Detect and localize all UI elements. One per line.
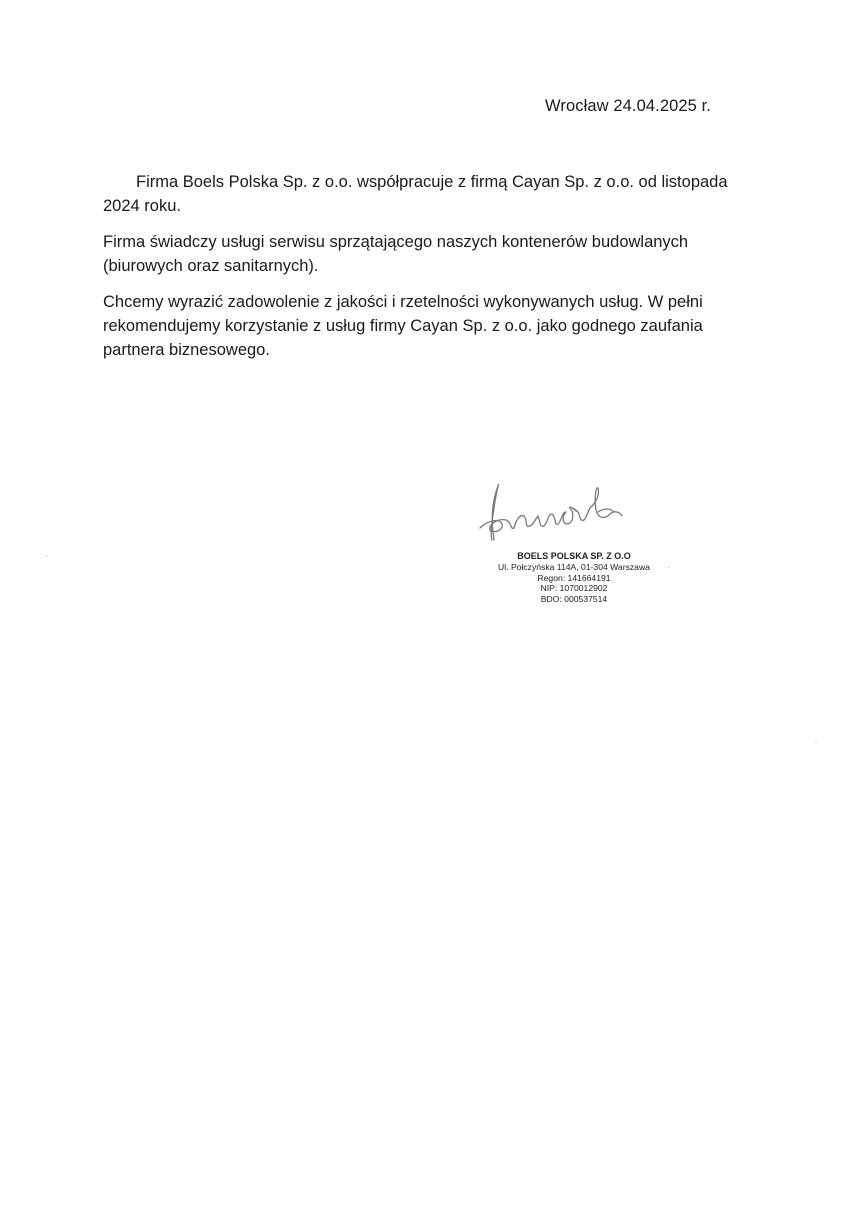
- paragraph-services: Firma świadczy usługi serwisu sprzątając…: [103, 230, 743, 278]
- scan-speck: [815, 742, 817, 743]
- paragraph-recommendation: Chcemy wyrazić zadowolenie z jakości i r…: [103, 290, 743, 362]
- stamp-company-name: BOELS POLSKA SP. Z O.O: [474, 551, 674, 562]
- scan-speck: [46, 556, 48, 557]
- paragraph-cooperation: Firma Boels Polska Sp. z o.o. współpracu…: [103, 170, 743, 218]
- stamp-nip: NIP: 1070012902: [474, 583, 674, 594]
- company-stamp: BOELS POLSKA SP. Z O.O Ul. Połczyńska 11…: [474, 551, 674, 605]
- stamp-address: Ul. Połczyńska 114A, 01-304 Warszawa: [474, 562, 674, 573]
- place-and-date: Wrocław 24.04.2025 r.: [545, 97, 711, 116]
- scan-speck: [668, 567, 670, 568]
- paragraph-text: Firma Boels Polska Sp. z o.o. współpracu…: [103, 173, 728, 215]
- stamp-bdo: BDO: 000537514: [474, 594, 674, 605]
- handwritten-signature-icon: [474, 478, 634, 548]
- stamp-regon: Regon: 141664191: [474, 573, 674, 584]
